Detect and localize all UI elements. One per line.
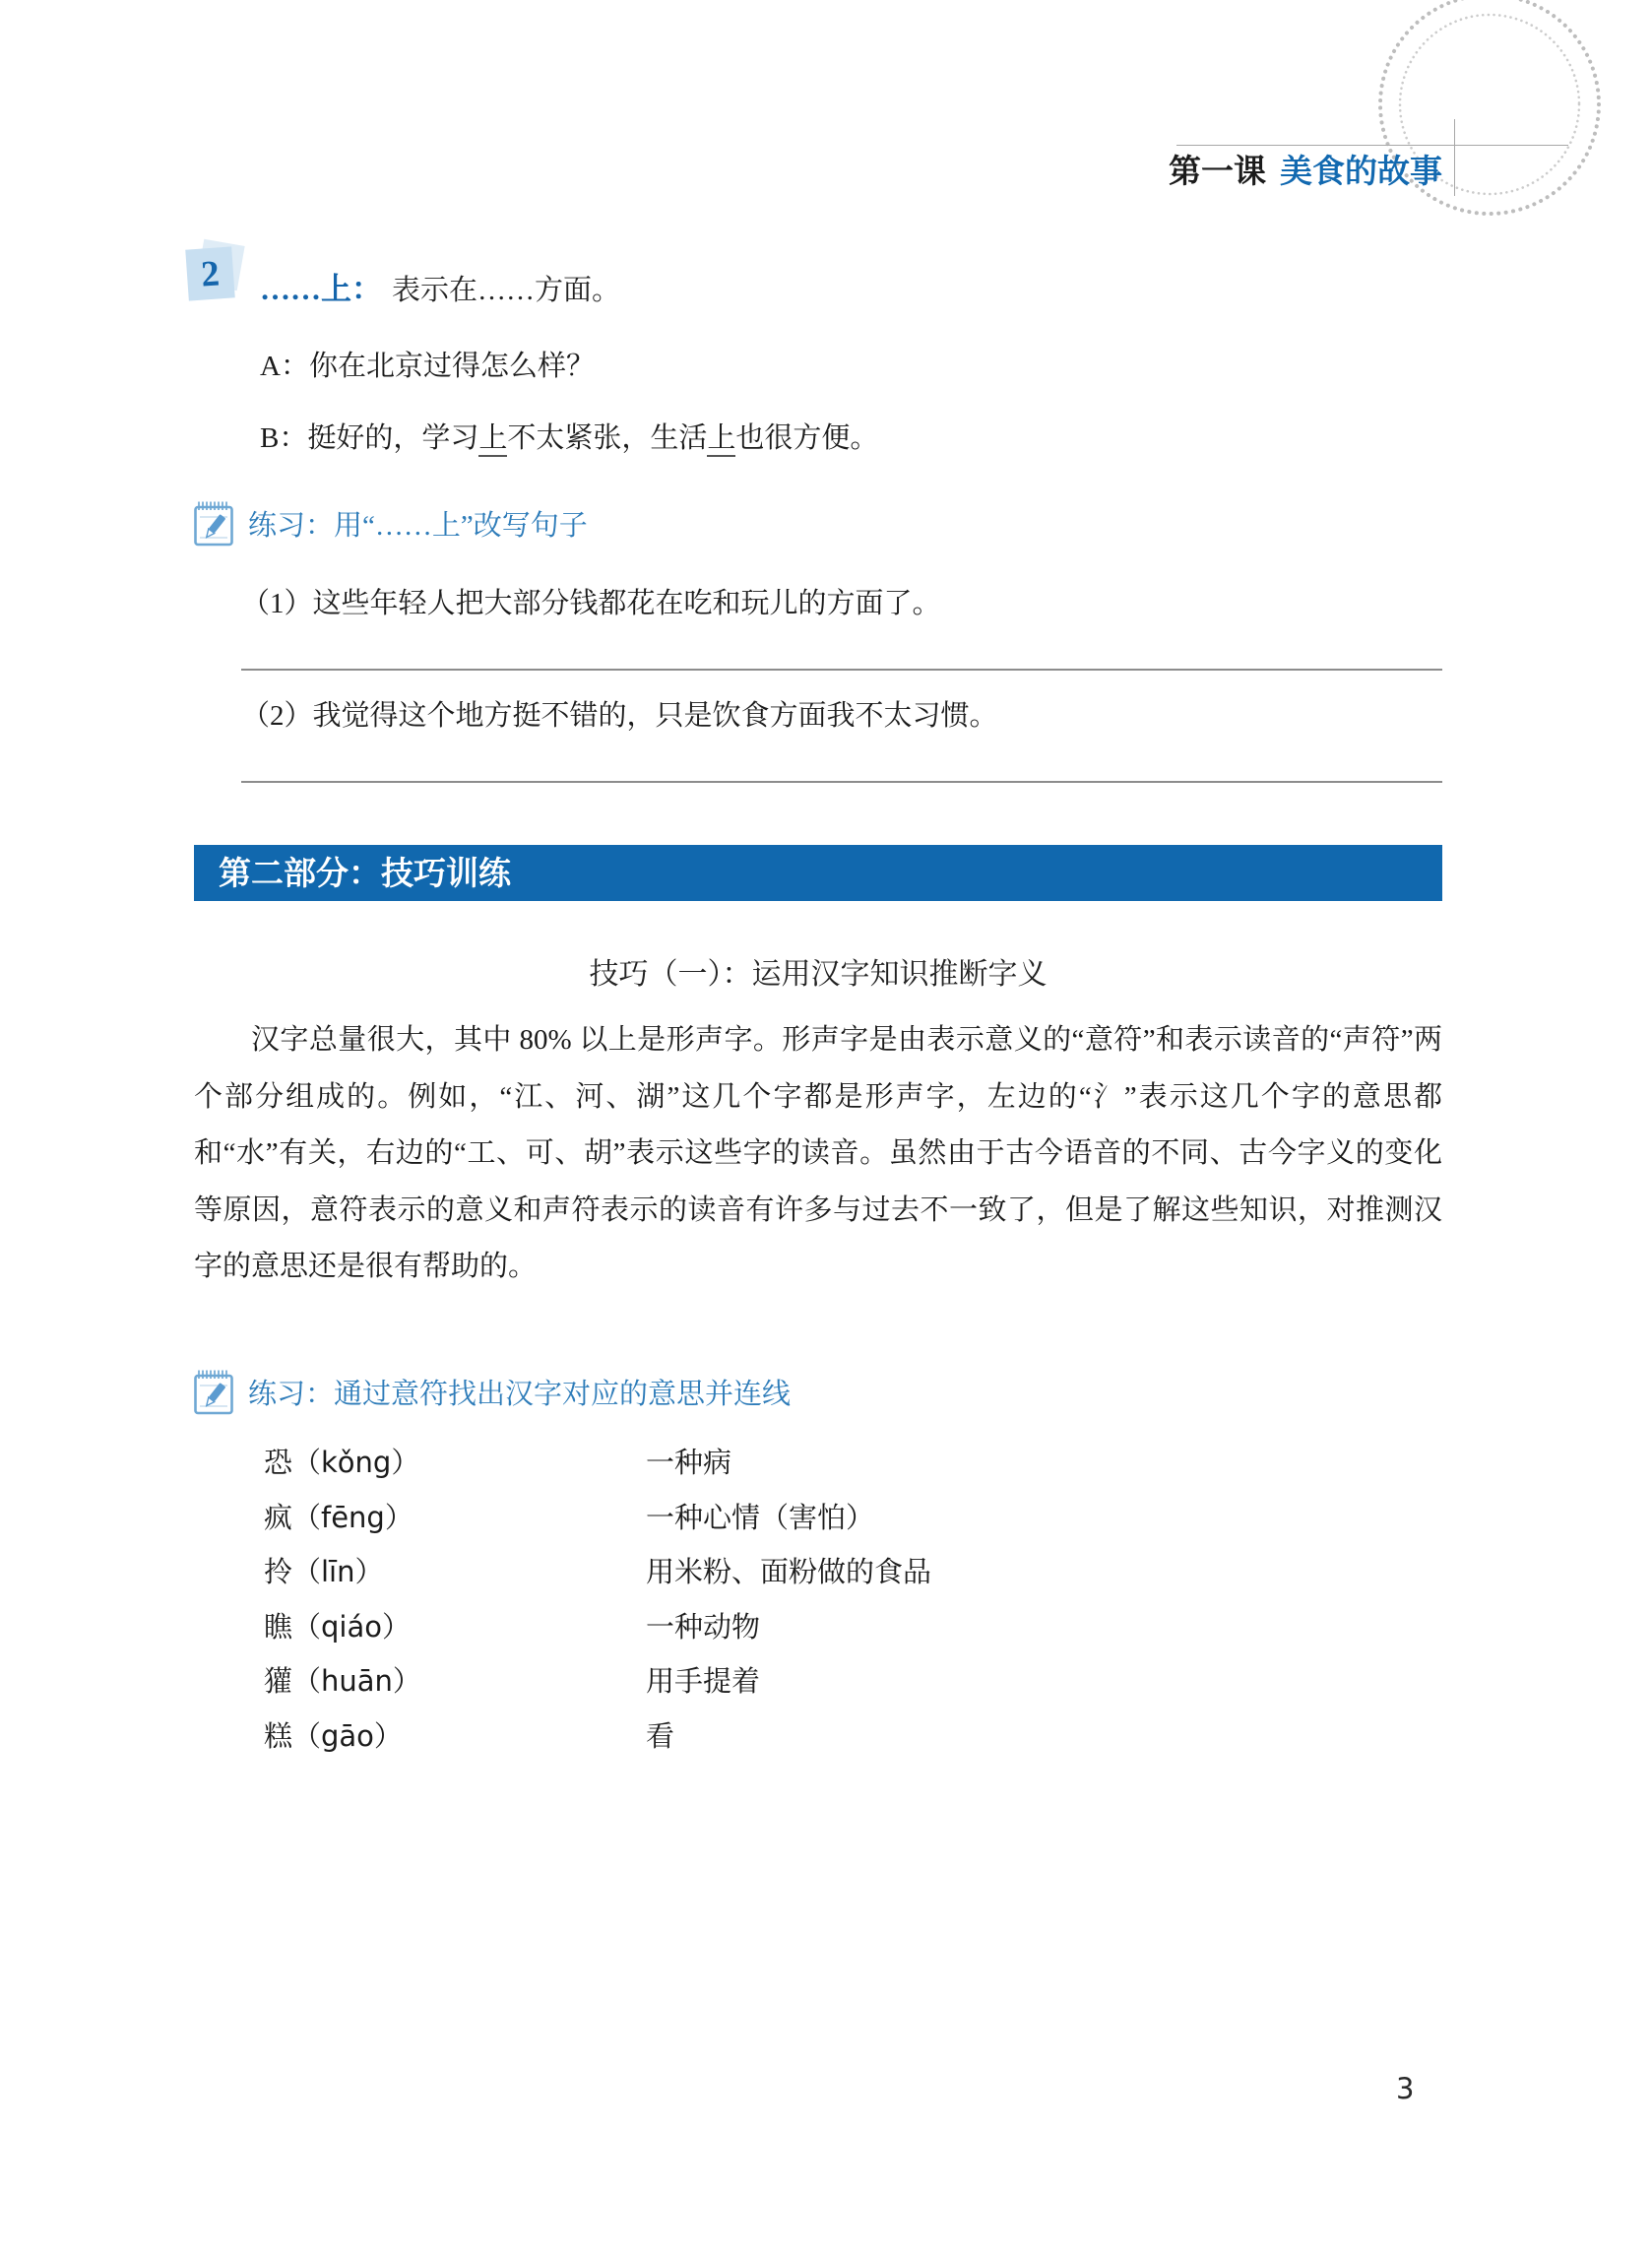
dialogue-line-a: A：你在北京过得怎么样？ [260,349,595,384]
match-meaning: 用手提着 [646,1659,760,1700]
match-meaning: 看 [646,1714,674,1755]
skill-subtitle: 技巧（一）：运用汉字知识推断字义 [194,949,1442,993]
grammar-explanation: 表示在……方面。 [392,268,620,308]
lesson-title: 美食的故事 [1280,153,1442,189]
exercise1-item-1: （1）这些年轻人把大部分钱都花在吃和玩儿的方面了。 [241,581,941,621]
skill-paragraph: 汉字总量很大，其中 80% 以上是形声字。形声字是由表示意义的“意符”和表示读音… [194,1012,1442,1296]
answer-writing-line [241,781,1442,783]
decorative-dotted-circles [1368,0,1615,226]
exercise2-label: 练习：通过意符找出汉字对应的意思并连线 [248,1372,791,1412]
match-row: 拎（līn） 用米粉、面粉做的食品 [264,1543,1347,1598]
crosshair-horizontal-line [1176,145,1568,146]
grammar-point-number: 2 [200,252,221,295]
match-row: 糕（gāo） 看 [264,1708,1347,1763]
answer-writing-line [241,669,1442,671]
match-character: 拎（līn） [264,1550,646,1590]
dialogue-b-segment: B：挺好的，学习 [260,422,478,454]
match-character: 恐（kǒng） [264,1441,646,1481]
dialogue-b-segment: 不太紧张，生活 [507,422,707,454]
grammar-point-line: ……上： 表示在……方面。 [260,264,620,308]
dialogue-line-b: B：挺好的，学习上不太紧张，生活上也很方便。 [260,420,878,456]
exercise2-heading: 练习：通过意符找出汉字对应的意思并连线 [194,1369,791,1415]
part2-section-title: 第二部分：技巧训练 [194,845,1442,901]
dialogue-b-underlined-shang: 上 [478,422,507,457]
exercise1-label: 练习：用“……上”改写句子 [248,503,588,544]
exercise1-item-2: （2）我觉得这个地方挺不错的，只是饮食方面我不太习惯。 [241,693,998,734]
grammar-pattern: ……上： [260,264,382,308]
match-row: 瞧（qiáo） 一种动物 [264,1598,1347,1653]
exercise1-heading: 练习：用“……上”改写句子 [194,500,588,547]
match-character: 糕（gāo） [264,1714,646,1755]
part2-section-bar: 第二部分：技巧训练 [194,845,1442,901]
match-meaning: 一种心情（害怕） [646,1496,874,1536]
match-character: 瞧（qiáo） [264,1605,646,1645]
match-meaning: 用米粉、面粉做的食品 [646,1550,931,1590]
match-row: 獾（huān） 用手提着 [264,1652,1347,1708]
match-row: 恐（kǒng） 一种病 [264,1434,1347,1489]
page-number: 3 [1396,2072,1414,2105]
badge-front-square: 2 [185,246,235,300]
match-meaning: 一种病 [646,1441,731,1481]
notepad-pencil-icon [194,1369,233,1415]
match-row: 疯（fēng） 一种心情（害怕） [264,1489,1347,1544]
dialogue-b-underlined-shang: 上 [707,422,735,457]
match-character: 獾（huān） [264,1659,646,1700]
match-character: 疯（fēng） [264,1496,646,1536]
crosshair-vertical-line [1454,119,1455,196]
running-head: 第一课美食的故事 [886,152,1442,191]
lesson-number: 第一课 [1169,153,1266,189]
match-meaning: 一种动物 [646,1605,760,1645]
notepad-pencil-icon [194,500,233,547]
dialogue-b-segment: 也很方便。 [735,422,878,454]
matching-list: 恐（kǒng） 一种病 疯（fēng） 一种心情（害怕） 拎（līn） 用米粉、… [264,1434,1347,1762]
grammar-point-badge: 2 [187,242,244,303]
